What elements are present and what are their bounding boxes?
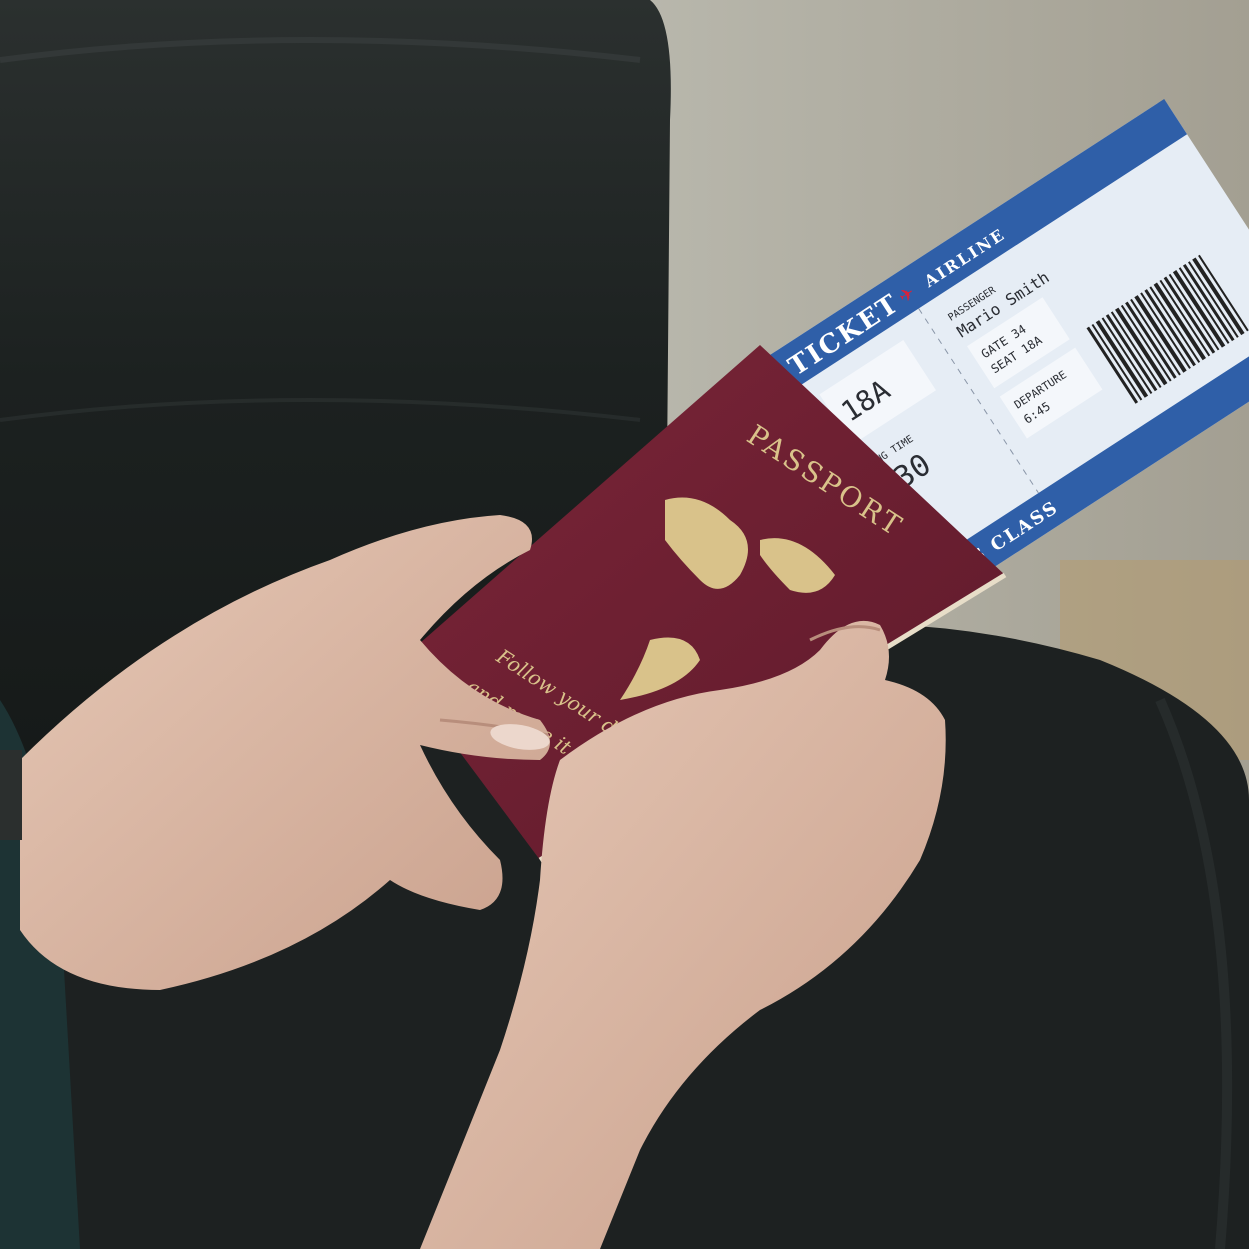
photo-scene: TICKET ✈ AIRLINE NESS CLASS 18A DING TIM… — [0, 0, 1249, 1249]
photo-canvas: TICKET ✈ AIRLINE NESS CLASS 18A DING TIM… — [0, 0, 1249, 1249]
watch-strap — [0, 750, 22, 840]
